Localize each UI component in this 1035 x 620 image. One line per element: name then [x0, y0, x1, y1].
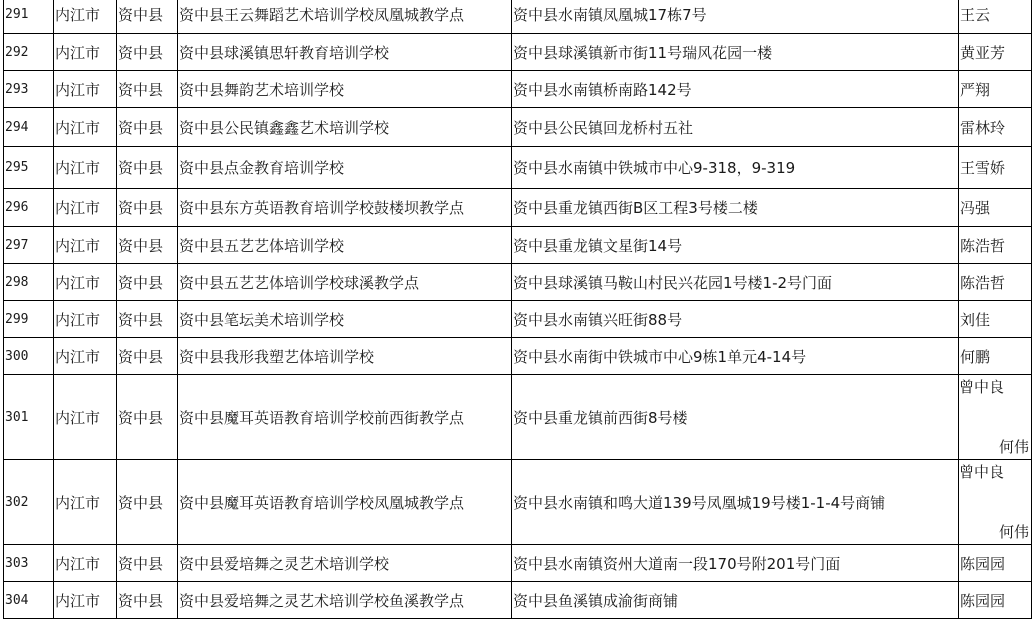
table-row: 304 内江市 资中县 资中县爱培舞之灵艺术培训学校鱼溪教学点 资中县鱼溪镇成渝… [4, 582, 1032, 619]
contact-cell: 冯强 [959, 189, 1032, 227]
row-number: 295 [4, 147, 54, 189]
contact-cell: 王云 [959, 0, 1032, 34]
address-cell: 资中县公民镇回龙桥村五社 [512, 108, 959, 147]
contact-name: 何伟 [959, 435, 1031, 459]
table-row: 293 内江市 资中县 资中县舞韵艺术培训学校 资中县水南镇桥南路142号 严翔 [4, 71, 1032, 108]
address-cell: 资中县水南镇桥南路142号 [512, 71, 959, 108]
address-cell: 资中县水南街中铁城市中心9栋1单元4-14号 [512, 338, 959, 375]
row-number: 304 [4, 582, 54, 619]
county-cell: 资中县 [117, 375, 178, 460]
school-name-cell: 资中县舞韵艺术培训学校 [178, 71, 512, 108]
contact-name: 曾中良 [959, 460, 1031, 484]
row-number: 291 [4, 0, 54, 34]
row-number: 293 [4, 71, 54, 108]
contact-cell: 陈园园 [959, 582, 1032, 619]
city-cell: 内江市 [54, 545, 117, 582]
address-cell: 资中县鱼溪镇成渝街商铺 [512, 582, 959, 619]
row-number: 292 [4, 34, 54, 71]
table-row: 298 内江市 资中县 资中县五艺艺体培训学校球溪教学点 资中县球溪镇马鞍山村民… [4, 264, 1032, 301]
contact-cell: 黄亚芳 [959, 34, 1032, 71]
county-cell: 资中县 [117, 71, 178, 108]
city-cell: 内江市 [54, 227, 117, 264]
school-name-cell: 资中县东方英语教育培训学校鼓楼坝教学点 [178, 189, 512, 227]
contact-cell: 陈浩哲 [959, 264, 1032, 301]
row-number: 294 [4, 108, 54, 147]
city-cell: 内江市 [54, 264, 117, 301]
county-cell: 资中县 [117, 582, 178, 619]
row-number: 299 [4, 301, 54, 338]
address-cell: 资中县球溪镇新市街11号瑞风花园一楼 [512, 34, 959, 71]
county-cell: 资中县 [117, 301, 178, 338]
county-cell: 资中县 [117, 34, 178, 71]
address-cell: 资中县重龙镇前西街8号楼 [512, 375, 959, 460]
school-name-cell: 资中县球溪镇思轩教育培训学校 [178, 34, 512, 71]
contact-list: 曾中良何伟 [959, 460, 1031, 544]
school-registry-table: 291 内江市 资中县 资中县王云舞蹈艺术培训学校凤凰城教学点 资中县水南镇凤凰… [3, 0, 1032, 619]
city-cell: 内江市 [54, 34, 117, 71]
row-number: 298 [4, 264, 54, 301]
table-row: 297 内江市 资中县 资中县五艺艺体培训学校 资中县重龙镇文星街14号 陈浩哲 [4, 227, 1032, 264]
address-cell: 资中县球溪镇马鞍山村民兴花园1号楼1-2号门面 [512, 264, 959, 301]
county-cell: 资中县 [117, 227, 178, 264]
city-cell: 内江市 [54, 338, 117, 375]
table-row: 299 内江市 资中县 资中县笔坛美术培训学校 资中县水南镇兴旺街88号 刘佳 [4, 301, 1032, 338]
city-cell: 内江市 [54, 108, 117, 147]
row-number: 297 [4, 227, 54, 264]
contact-cell: 刘佳 [959, 301, 1032, 338]
county-cell: 资中县 [117, 108, 178, 147]
address-cell: 资中县水南镇凤凰城17栋7号 [512, 0, 959, 34]
row-number: 302 [4, 460, 54, 545]
row-number: 301 [4, 375, 54, 460]
city-cell: 内江市 [54, 375, 117, 460]
city-cell: 内江市 [54, 189, 117, 227]
contact-cell: 陈园园 [959, 545, 1032, 582]
table-row: 295 内江市 资中县 资中县点金教育培训学校 资中县水南镇中铁城市中心9-31… [4, 147, 1032, 189]
address-cell: 资中县水南镇和鸣大道139号凤凰城19号楼1-1-4号商铺 [512, 460, 959, 545]
school-name-cell: 资中县五艺艺体培训学校 [178, 227, 512, 264]
row-number: 296 [4, 189, 54, 227]
table-row: 302 内江市 资中县 资中县魔耳英语教育培训学校凤凰城教学点 资中县水南镇和鸣… [4, 460, 1032, 545]
contact-name: 何伟 [959, 520, 1031, 544]
table-row: 303 内江市 资中县 资中县爱培舞之灵艺术培训学校 资中县水南镇资州大道南一段… [4, 545, 1032, 582]
county-cell: 资中县 [117, 545, 178, 582]
school-name-cell: 资中县我形我塑艺体培训学校 [178, 338, 512, 375]
contact-cell: 曾中良何伟 [959, 460, 1032, 545]
school-name-cell: 资中县点金教育培训学校 [178, 147, 512, 189]
table-row: 300 内江市 资中县 资中县我形我塑艺体培训学校 资中县水南街中铁城市中心9栋… [4, 338, 1032, 375]
county-cell: 资中县 [117, 0, 178, 34]
county-cell: 资中县 [117, 338, 178, 375]
school-name-cell: 资中县公民镇鑫鑫艺术培训学校 [178, 108, 512, 147]
contact-cell: 何鹏 [959, 338, 1032, 375]
contact-cell: 王雪娇 [959, 147, 1032, 189]
table-row: 296 内江市 资中县 资中县东方英语教育培训学校鼓楼坝教学点 资中县重龙镇西街… [4, 189, 1032, 227]
city-cell: 内江市 [54, 582, 117, 619]
school-name-cell: 资中县笔坛美术培训学校 [178, 301, 512, 338]
school-name-cell: 资中县魔耳英语教育培训学校凤凰城教学点 [178, 460, 512, 545]
city-cell: 内江市 [54, 147, 117, 189]
address-cell: 资中县重龙镇西街B区工程3号楼二楼 [512, 189, 959, 227]
county-cell: 资中县 [117, 147, 178, 189]
school-name-cell: 资中县魔耳英语教育培训学校前西街教学点 [178, 375, 512, 460]
contact-cell: 曾中良何伟 [959, 375, 1032, 460]
address-cell: 资中县水南镇资州大道南一段170号附201号门面 [512, 545, 959, 582]
table-row: 301 内江市 资中县 资中县魔耳英语教育培训学校前西街教学点 资中县重龙镇前西… [4, 375, 1032, 460]
contact-name: 曾中良 [959, 375, 1031, 399]
city-cell: 内江市 [54, 0, 117, 34]
contact-cell: 陈浩哲 [959, 227, 1032, 264]
city-cell: 内江市 [54, 71, 117, 108]
contact-cell: 严翔 [959, 71, 1032, 108]
contact-list: 曾中良何伟 [959, 375, 1031, 459]
address-cell: 资中县重龙镇文星街14号 [512, 227, 959, 264]
school-name-cell: 资中县爱培舞之灵艺术培训学校鱼溪教学点 [178, 582, 512, 619]
school-name-cell: 资中县五艺艺体培训学校球溪教学点 [178, 264, 512, 301]
row-number: 303 [4, 545, 54, 582]
contact-cell: 雷林玲 [959, 108, 1032, 147]
address-cell: 资中县水南镇中铁城市中心9-318，9-319 [512, 147, 959, 189]
city-cell: 内江市 [54, 301, 117, 338]
city-cell: 内江市 [54, 460, 117, 545]
school-name-cell: 资中县爱培舞之灵艺术培训学校 [178, 545, 512, 582]
table-row: 294 内江市 资中县 资中县公民镇鑫鑫艺术培训学校 资中县公民镇回龙桥村五社 … [4, 108, 1032, 147]
county-cell: 资中县 [117, 264, 178, 301]
row-number: 300 [4, 338, 54, 375]
table-row: 291 内江市 资中县 资中县王云舞蹈艺术培训学校凤凰城教学点 资中县水南镇凤凰… [4, 0, 1032, 34]
address-cell: 资中县水南镇兴旺街88号 [512, 301, 959, 338]
school-name-cell: 资中县王云舞蹈艺术培训学校凤凰城教学点 [178, 0, 512, 34]
county-cell: 资中县 [117, 460, 178, 545]
county-cell: 资中县 [117, 189, 178, 227]
table-row: 292 内江市 资中县 资中县球溪镇思轩教育培训学校 资中县球溪镇新市街11号瑞… [4, 34, 1032, 71]
